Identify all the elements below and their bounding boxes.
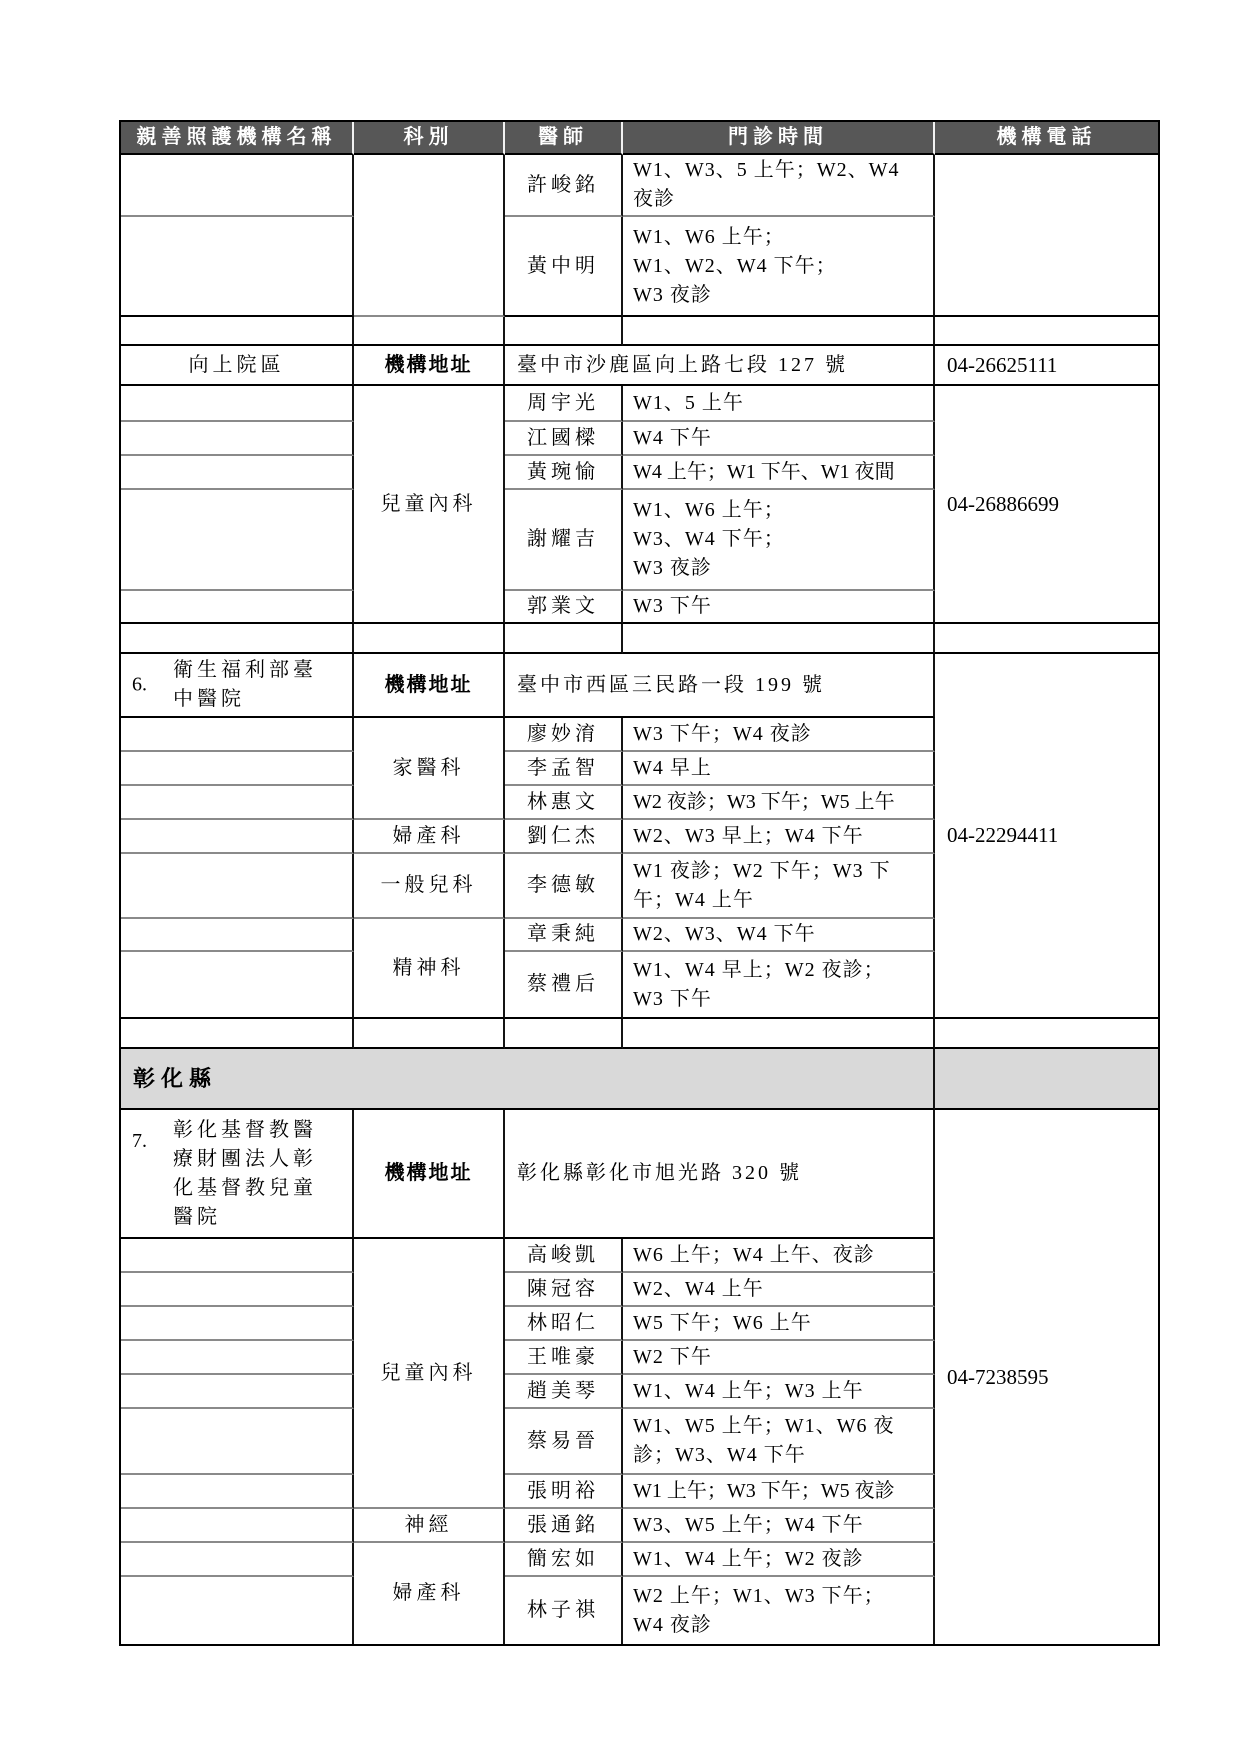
spacer-cell [623,317,935,346]
table-header-row: 親善照護機構名稱 科別 醫師 門診時間 機構電話 [121,122,1158,155]
institution-name-cell: 7. 彰化基督教醫療財團法人彰化基督教兒童醫院 [121,1110,354,1239]
col-header-department: 科別 [354,122,505,155]
county-header-phone-cell [935,1049,1158,1110]
spacer-row [121,1019,1158,1049]
department-cell [354,155,505,317]
institution-name-cell [121,386,354,422]
clinic-hours-cell: W2、W3、W4 下午 [623,919,935,952]
spacer-cell [505,624,623,654]
doctor-name-cell: 高峻凱 [505,1239,623,1273]
spacer-cell [121,1019,354,1049]
institution-name-cell [121,786,354,820]
institution-name: 彰化基督教醫療財團法人彰化基督教兒童醫院 [173,1119,317,1228]
doctor-name-cell: 蔡易晉 [505,1409,623,1475]
clinic-hours-cell: W1、W6 上午； W1、W2、W4 下午； W3 夜診 [623,217,935,317]
doctor-name-cell: 江國樑 [505,422,623,456]
doctor-name-cell: 林惠文 [505,786,623,820]
doctor-name-cell: 李德敏 [505,854,623,919]
document-page: 親善照護機構名稱 科別 醫師 門診時間 機構電話 許峻銘 W1、W3、5 上午；… [0,0,1241,1755]
doctor-name-cell: 廖妙淯 [505,718,623,752]
doctor-name-cell: 謝耀吉 [505,490,623,591]
institution-name-cell [121,1239,354,1273]
spacer-cell [121,317,354,346]
spacer-cell [623,1019,935,1049]
doctor-name-cell: 黃中明 [505,217,623,317]
institution-name-cell [121,1375,354,1409]
doctor-row: 兒童內科 周宇光 W1、5 上午 04-26886699 [121,386,1158,422]
address-label-cell: 機構地址 [354,346,505,386]
clinic-hours-cell: W1、W6 上午； W3、W4 下午； W3 夜診 [623,490,935,591]
phone-cell: 04-26625111 [935,346,1158,386]
phone-cell: 04-26886699 [935,386,1158,624]
department-cell: 家醫科 [354,718,505,820]
institution-name-cell [121,456,354,490]
doctor-name-cell: 張明裕 [505,1475,623,1509]
institution-name-cell [121,1409,354,1475]
clinic-schedule-table: 親善照護機構名稱 科別 醫師 門診時間 機構電話 許峻銘 W1、W3、5 上午；… [119,120,1160,1646]
clinic-hours-cell: W1 夜診；W2 下午；W3 下 午；W4 上午 [623,854,935,919]
department-cell: 婦產科 [354,1543,505,1644]
spacer-cell [935,624,1158,654]
doctor-name-cell: 李孟智 [505,752,623,786]
clinic-hours-cell: W2 上午；W1、W3 下午； W4 夜診 [623,1577,935,1644]
clinic-hours-cell: W4 下午 [623,422,935,456]
doctor-name-cell: 林昭仁 [505,1307,623,1341]
department-cell: 神經 [354,1509,505,1543]
spacer-cell [935,1019,1158,1049]
institution-name-cell [121,1475,354,1509]
spacer-cell [623,624,935,654]
institution-name-cell [121,1509,354,1543]
branch-name-cell: 向上院區 [121,346,354,386]
doctor-name-cell: 簡宏如 [505,1543,623,1577]
col-header-institution: 親善照護機構名稱 [121,122,354,155]
clinic-hours-cell: W1、W4 上午；W2 夜診 [623,1543,935,1577]
institution-name-cell [121,718,354,752]
spacer-cell [935,317,1158,346]
spacer-cell [354,1019,505,1049]
doctor-name-cell: 章秉純 [505,919,623,952]
phone-cell: 04-7238595 [935,1110,1158,1644]
spacer-cell [121,624,354,654]
address-label-cell: 機構地址 [354,654,505,718]
clinic-hours-cell: W5 下午；W6 上午 [623,1307,935,1341]
clinic-hours-cell: W1、5 上午 [623,386,935,422]
county-header: 彰化縣 [121,1049,935,1110]
spacer-cell [505,1019,623,1049]
department-cell: 婦產科 [354,820,505,854]
doctor-name-cell: 劉仁杰 [505,820,623,854]
clinic-hours-cell: W1、W4 早上；W2 夜診； W3 下午 [623,952,935,1019]
col-header-doctor: 醫師 [505,122,623,155]
department-cell: 兒童內科 [354,1239,505,1509]
institution-name-cell [121,820,354,854]
institution-name-cell: 6. 衛生福利部臺中醫院 [121,654,354,718]
institution-address-row: 7. 彰化基督教醫療財團法人彰化基督教兒童醫院 機構地址 彰化縣彰化市旭光路 3… [121,1110,1158,1239]
clinic-hours-cell: W1、W4 上午；W3 上午 [623,1375,935,1409]
col-header-phone: 機構電話 [935,122,1158,155]
doctor-name-cell: 張通銘 [505,1509,623,1543]
clinic-hours-cell: W1、W5 上午；W1、W6 夜 診；W3、W4 下午 [623,1409,935,1475]
doctor-name-cell: 許峻銘 [505,155,623,217]
institution-name-cell [121,422,354,456]
institution-name-cell [121,1273,354,1307]
spacer-cell [354,624,505,654]
department-cell: 精神科 [354,919,505,1019]
clinic-hours-cell: W4 早上 [623,752,935,786]
spacer-row [121,317,1158,346]
address-cell: 臺中市沙鹿區向上路七段 127 號 [505,346,935,386]
list-number: 7. [132,1127,147,1156]
institution-name-cell [121,1543,354,1577]
clinic-hours-cell: W2 夜診；W3 下午；W5 上午 [623,786,935,820]
address-label-cell: 機構地址 [354,1110,505,1239]
clinic-hours-cell: W1、W3、5 上午；W2、W4 夜診 [623,155,935,217]
clinic-hours-cell: W3、W5 上午；W4 下午 [623,1509,935,1543]
phone-cell [935,155,1158,317]
clinic-hours-cell: W3 下午 [623,591,935,624]
county-header-row: 彰化縣 [121,1049,1158,1110]
institution-name-cell [121,1577,354,1644]
branch-address-row: 向上院區 機構地址 臺中市沙鹿區向上路七段 127 號 04-26625111 [121,346,1158,386]
institution-name-cell [121,490,354,591]
clinic-hours-cell: W3 下午；W4 夜診 [623,718,935,752]
doctor-name-cell: 郭業文 [505,591,623,624]
clinic-hours-cell: W2、W4 上午 [623,1273,935,1307]
institution-name-cell [121,1341,354,1375]
doctor-name-cell: 趙美琴 [505,1375,623,1409]
address-cell: 彰化縣彰化市旭光路 320 號 [505,1110,935,1239]
institution-name-cell [121,854,354,919]
col-header-hours: 門診時間 [623,122,935,155]
department-cell: 兒童內科 [354,386,505,624]
spacer-row [121,624,1158,654]
department-cell: 一般兒科 [354,854,505,919]
institution-address-row: 6. 衛生福利部臺中醫院 機構地址 臺中市西區三民路一段 199 號 04-22… [121,654,1158,718]
institution-name-cell [121,1307,354,1341]
institution-name: 衛生福利部臺中醫院 [173,659,317,710]
clinic-hours-cell: W4 上午；W1 下午、W1 夜間 [623,456,935,490]
institution-name-cell [121,155,354,217]
doctor-name-cell: 蔡禮后 [505,952,623,1019]
doctor-name-cell: 林子祺 [505,1577,623,1644]
doctor-name-cell: 周宇光 [505,386,623,422]
spacer-cell [354,317,505,346]
institution-name-cell [121,752,354,786]
clinic-hours-cell: W2 下午 [623,1341,935,1375]
institution-name-cell [121,952,354,1019]
list-number: 6. [132,671,147,700]
clinic-hours-cell: W2、W3 早上；W4 下午 [623,820,935,854]
clinic-hours-cell: W1 上午；W3 下午；W5 夜診 [623,1475,935,1509]
spacer-cell [505,317,623,346]
doctor-name-cell: 陳冠容 [505,1273,623,1307]
clinic-hours-cell: W6 上午；W4 上午、夜診 [623,1239,935,1273]
address-cell: 臺中市西區三民路一段 199 號 [505,654,935,718]
doctor-name-cell: 黃琬愉 [505,456,623,490]
institution-name-cell [121,919,354,952]
doctor-name-cell: 王唯豪 [505,1341,623,1375]
doctor-row: 許峻銘 W1、W3、5 上午；W2、W4 夜診 [121,155,1158,217]
institution-name-cell [121,591,354,624]
institution-name-cell [121,217,354,317]
phone-cell: 04-22294411 [935,654,1158,1019]
